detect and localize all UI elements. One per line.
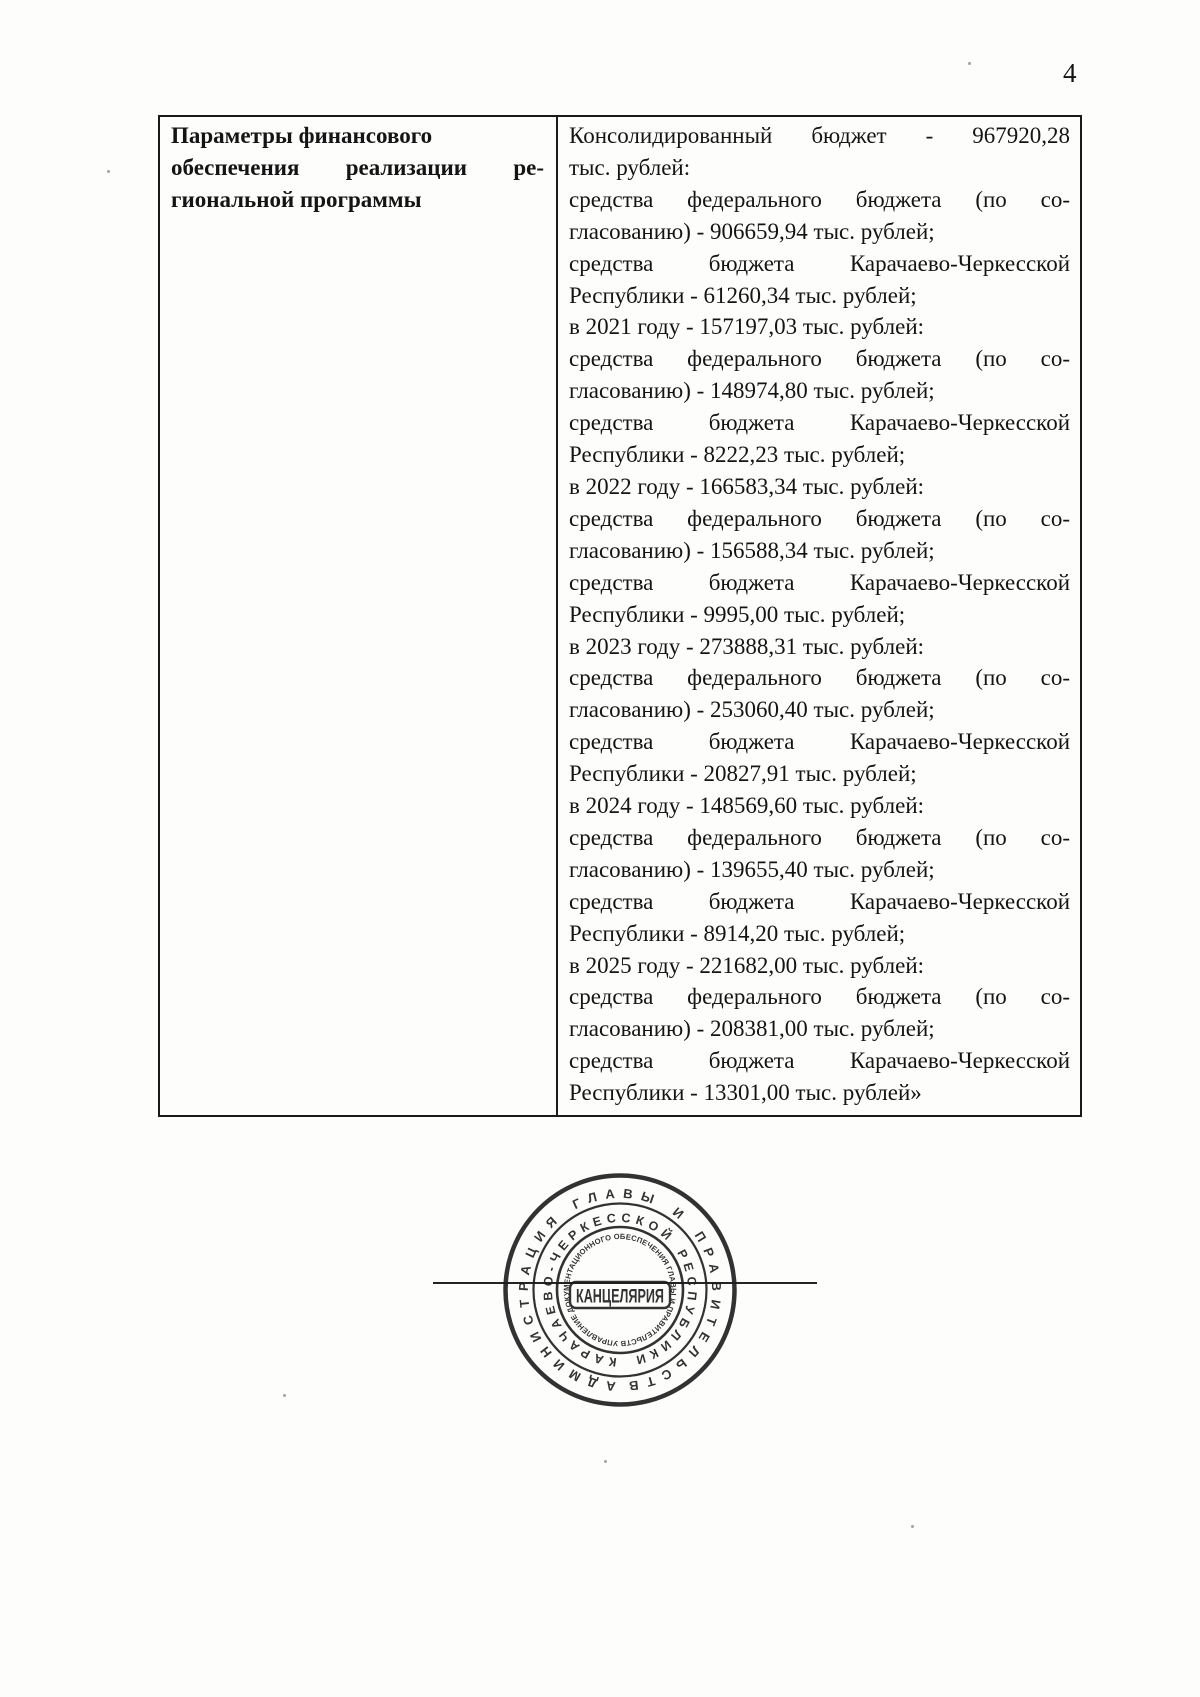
text-line: средства бюджета Карачаево-Черкесской <box>569 567 1070 599</box>
text-line: в 2023 году - 273888,31 тыс. рублей: <box>569 631 1070 663</box>
text-line: гласованию) - 253060,40 тыс. рублей; <box>569 694 1070 726</box>
scan-speck <box>604 1460 607 1463</box>
scan-speck <box>107 170 110 173</box>
text-line: гласованию) - 906659,94 тыс. рублей; <box>569 216 1070 248</box>
scan-speck <box>911 1525 914 1528</box>
scan-speck <box>283 1394 286 1397</box>
text-line: средства федерального бюджета (по со- <box>569 662 1070 694</box>
text-line: гласованию) - 148974,80 тыс. рублей; <box>569 375 1070 407</box>
text-line: средства бюджета Карачаево-Черкесской <box>569 886 1070 918</box>
page-number: 4 <box>1063 60 1077 87</box>
text-line: в 2024 году - 148569,60 тыс. рублей: <box>569 790 1070 822</box>
text-line: гласованию) - 139655,40 тыс. рублей; <box>569 854 1070 886</box>
text-line: средства бюджета Карачаево-Черкесской <box>569 248 1070 280</box>
stamp-center-label: КАНЦЕЛЯРИЯ <box>576 1287 664 1308</box>
scan-speck <box>968 62 971 65</box>
text-line: в 2022 году - 166583,34 тыс. рублей: <box>569 471 1070 503</box>
text-line: средства федерального бюджета (по со- <box>569 981 1070 1013</box>
text-line: Республики - 8914,20 тыс. рублей; <box>569 918 1070 950</box>
text-line: тыс. рублей: <box>569 152 1070 184</box>
text-line: гласованию) - 208381,00 тыс. рублей; <box>569 1013 1070 1045</box>
document-page: 4 Параметры финансовогообеспечения реали… <box>0 0 1200 1697</box>
finance-parameters-table: Параметры финансовогообеспечения реализа… <box>158 115 1082 1117</box>
table-cell-parameter-name: Параметры финансовогообеспечения реализа… <box>160 117 556 1115</box>
text-line: средства бюджета Карачаево-Черкесской <box>569 726 1070 758</box>
text-line: средства бюджета Карачаево-Черкесской <box>569 407 1070 439</box>
text-line: Республики - 9995,00 тыс. рублей; <box>569 599 1070 631</box>
text-line: Республики - 8222,23 тыс. рублей; <box>569 439 1070 471</box>
text-line: гиональной программы <box>171 184 544 216</box>
text-line: Консолидированный бюджет - 967920,28 <box>569 120 1070 152</box>
text-line: Республики - 61260,34 тыс. рублей; <box>569 280 1070 312</box>
text-line: средства бюджета Карачаево-Черкесской <box>569 1045 1070 1077</box>
text-line: средства федерального бюджета (по со- <box>569 822 1070 854</box>
table-cell-parameter-value: Консолидированный бюджет - 967920,28тыс.… <box>556 117 1080 1115</box>
text-line: гласованию) - 156588,34 тыс. рублей; <box>569 535 1070 567</box>
text-line: обеспечения реализации ре- <box>171 152 544 184</box>
official-round-stamp: АДМИНИСТРАЦИЯ ГЛАВЫ И ПРАВИТЕЛЬСТВА * КА… <box>500 1170 740 1410</box>
text-line: средства федерального бюджета (по со- <box>569 503 1070 535</box>
text-line: Республики - 20827,91 тыс. рублей; <box>569 758 1070 790</box>
text-line: Республики - 13301,00 тыс. рублей» <box>569 1077 1070 1109</box>
text-line: средства федерального бюджета (по со- <box>569 184 1070 216</box>
text-line: в 2025 году - 221682,00 тыс. рублей: <box>569 950 1070 982</box>
text-line: средства федерального бюджета (по со- <box>569 343 1070 375</box>
text-line: Параметры финансового <box>171 120 544 152</box>
text-line: в 2021 году - 157197,03 тыс. рублей: <box>569 311 1070 343</box>
